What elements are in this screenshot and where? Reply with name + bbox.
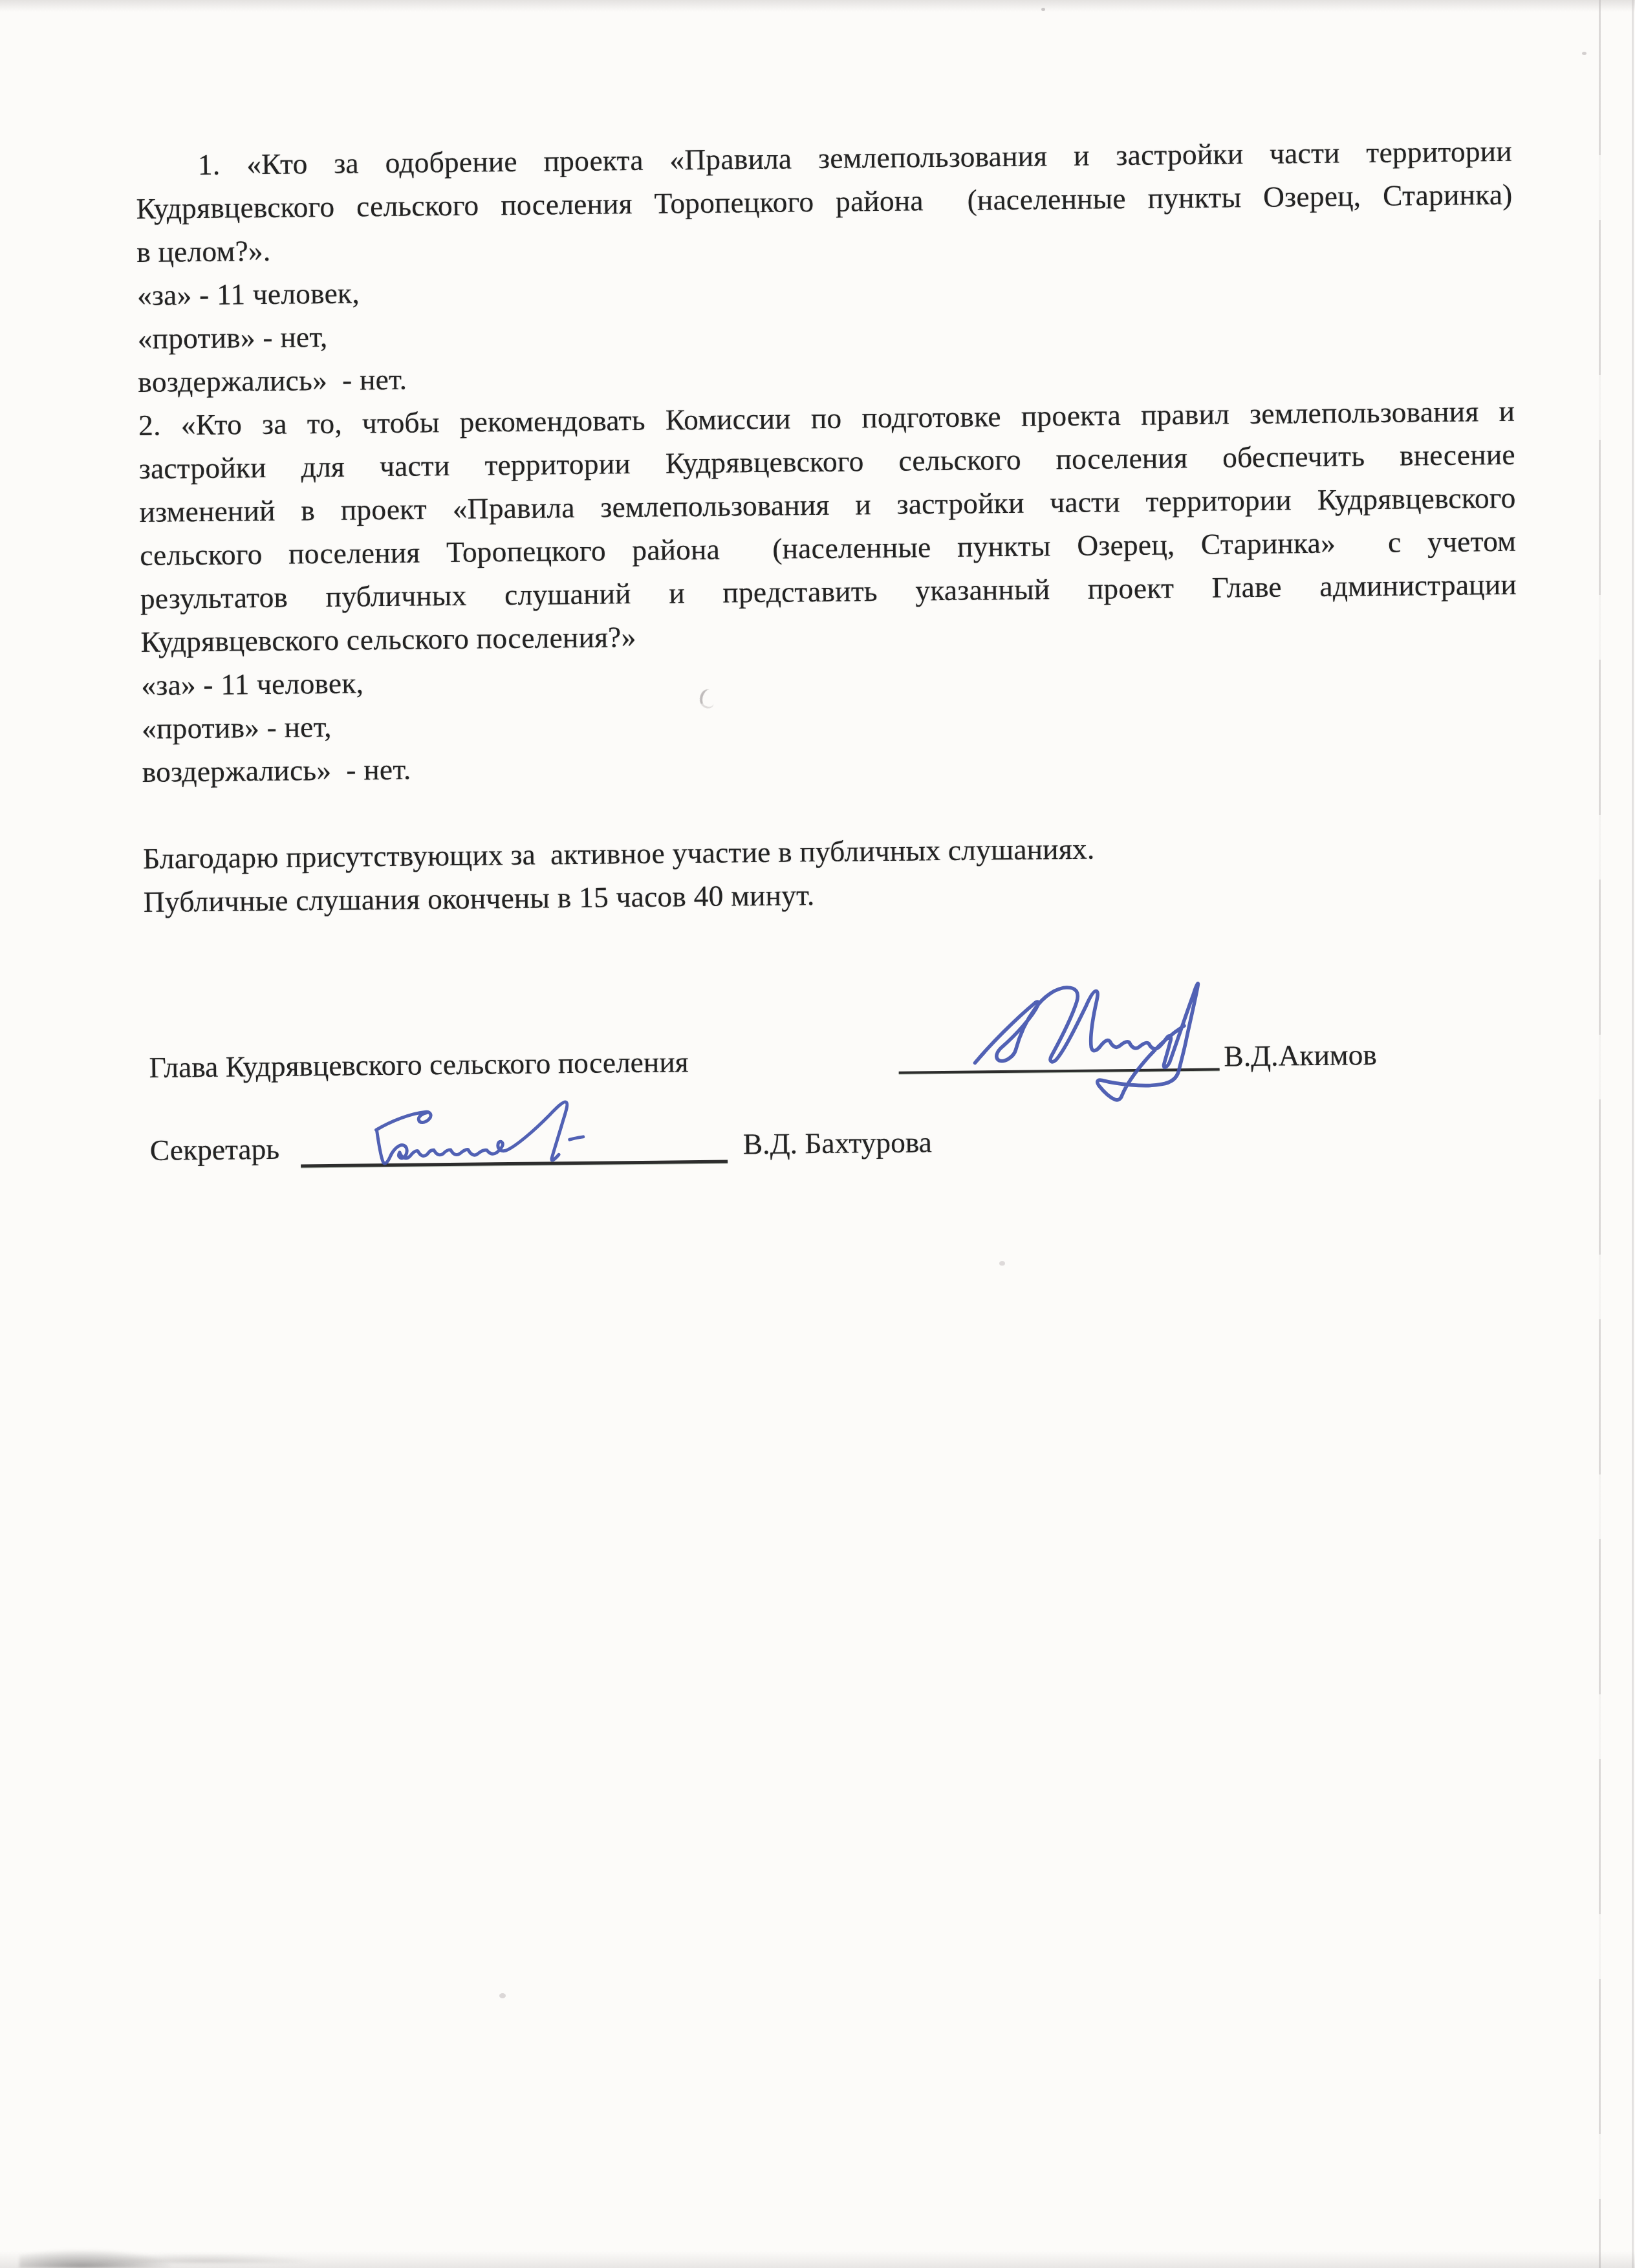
- scan-speck: [1041, 8, 1045, 11]
- scan-edge-right-line: [1632, 0, 1634, 2268]
- vertical-gap: [144, 909, 1521, 1046]
- scanned-document-page: 1. «Кто за одобрение проекта «Правила зе…: [0, 0, 1635, 2268]
- closing-block: Благодарю присутствующих за активное уча…: [143, 823, 1520, 923]
- paragraph-2: 2. «Кто за то, чтобы рекомендовать Комис…: [138, 389, 1517, 664]
- scan-speck: [1582, 52, 1586, 55]
- scan-speck: [999, 1261, 1005, 1266]
- signature-label: Секретарь: [150, 1127, 280, 1172]
- scan-edge-right-line: [1599, 0, 1601, 2268]
- vote-results-1: «за» - 11 человек, «против» - нет, возде…: [137, 259, 1515, 404]
- signature-underline: [899, 1068, 1220, 1074]
- signatory-name: В.Д.Акимов: [1224, 1033, 1377, 1077]
- paragraph-1: 1. «Кто за одобрение проекта «Правила зе…: [136, 129, 1513, 274]
- signature-label: Глава Кудрявцевского сельского поселения: [149, 1040, 689, 1089]
- scan-speck: [499, 1993, 506, 1998]
- signatory-name: В.Д. Бахтурова: [742, 1120, 932, 1165]
- vote-results-2: «за» - 11 человек, «против» - нет, возде…: [141, 649, 1519, 794]
- scan-edge-top: [0, 0, 1635, 12]
- scan-shadow-bottom-left: [97, 2254, 310, 2263]
- document-text-block: 1. «Кто за одобрение проекта «Правила зе…: [136, 129, 1523, 1172]
- signature-underline: [301, 1160, 728, 1168]
